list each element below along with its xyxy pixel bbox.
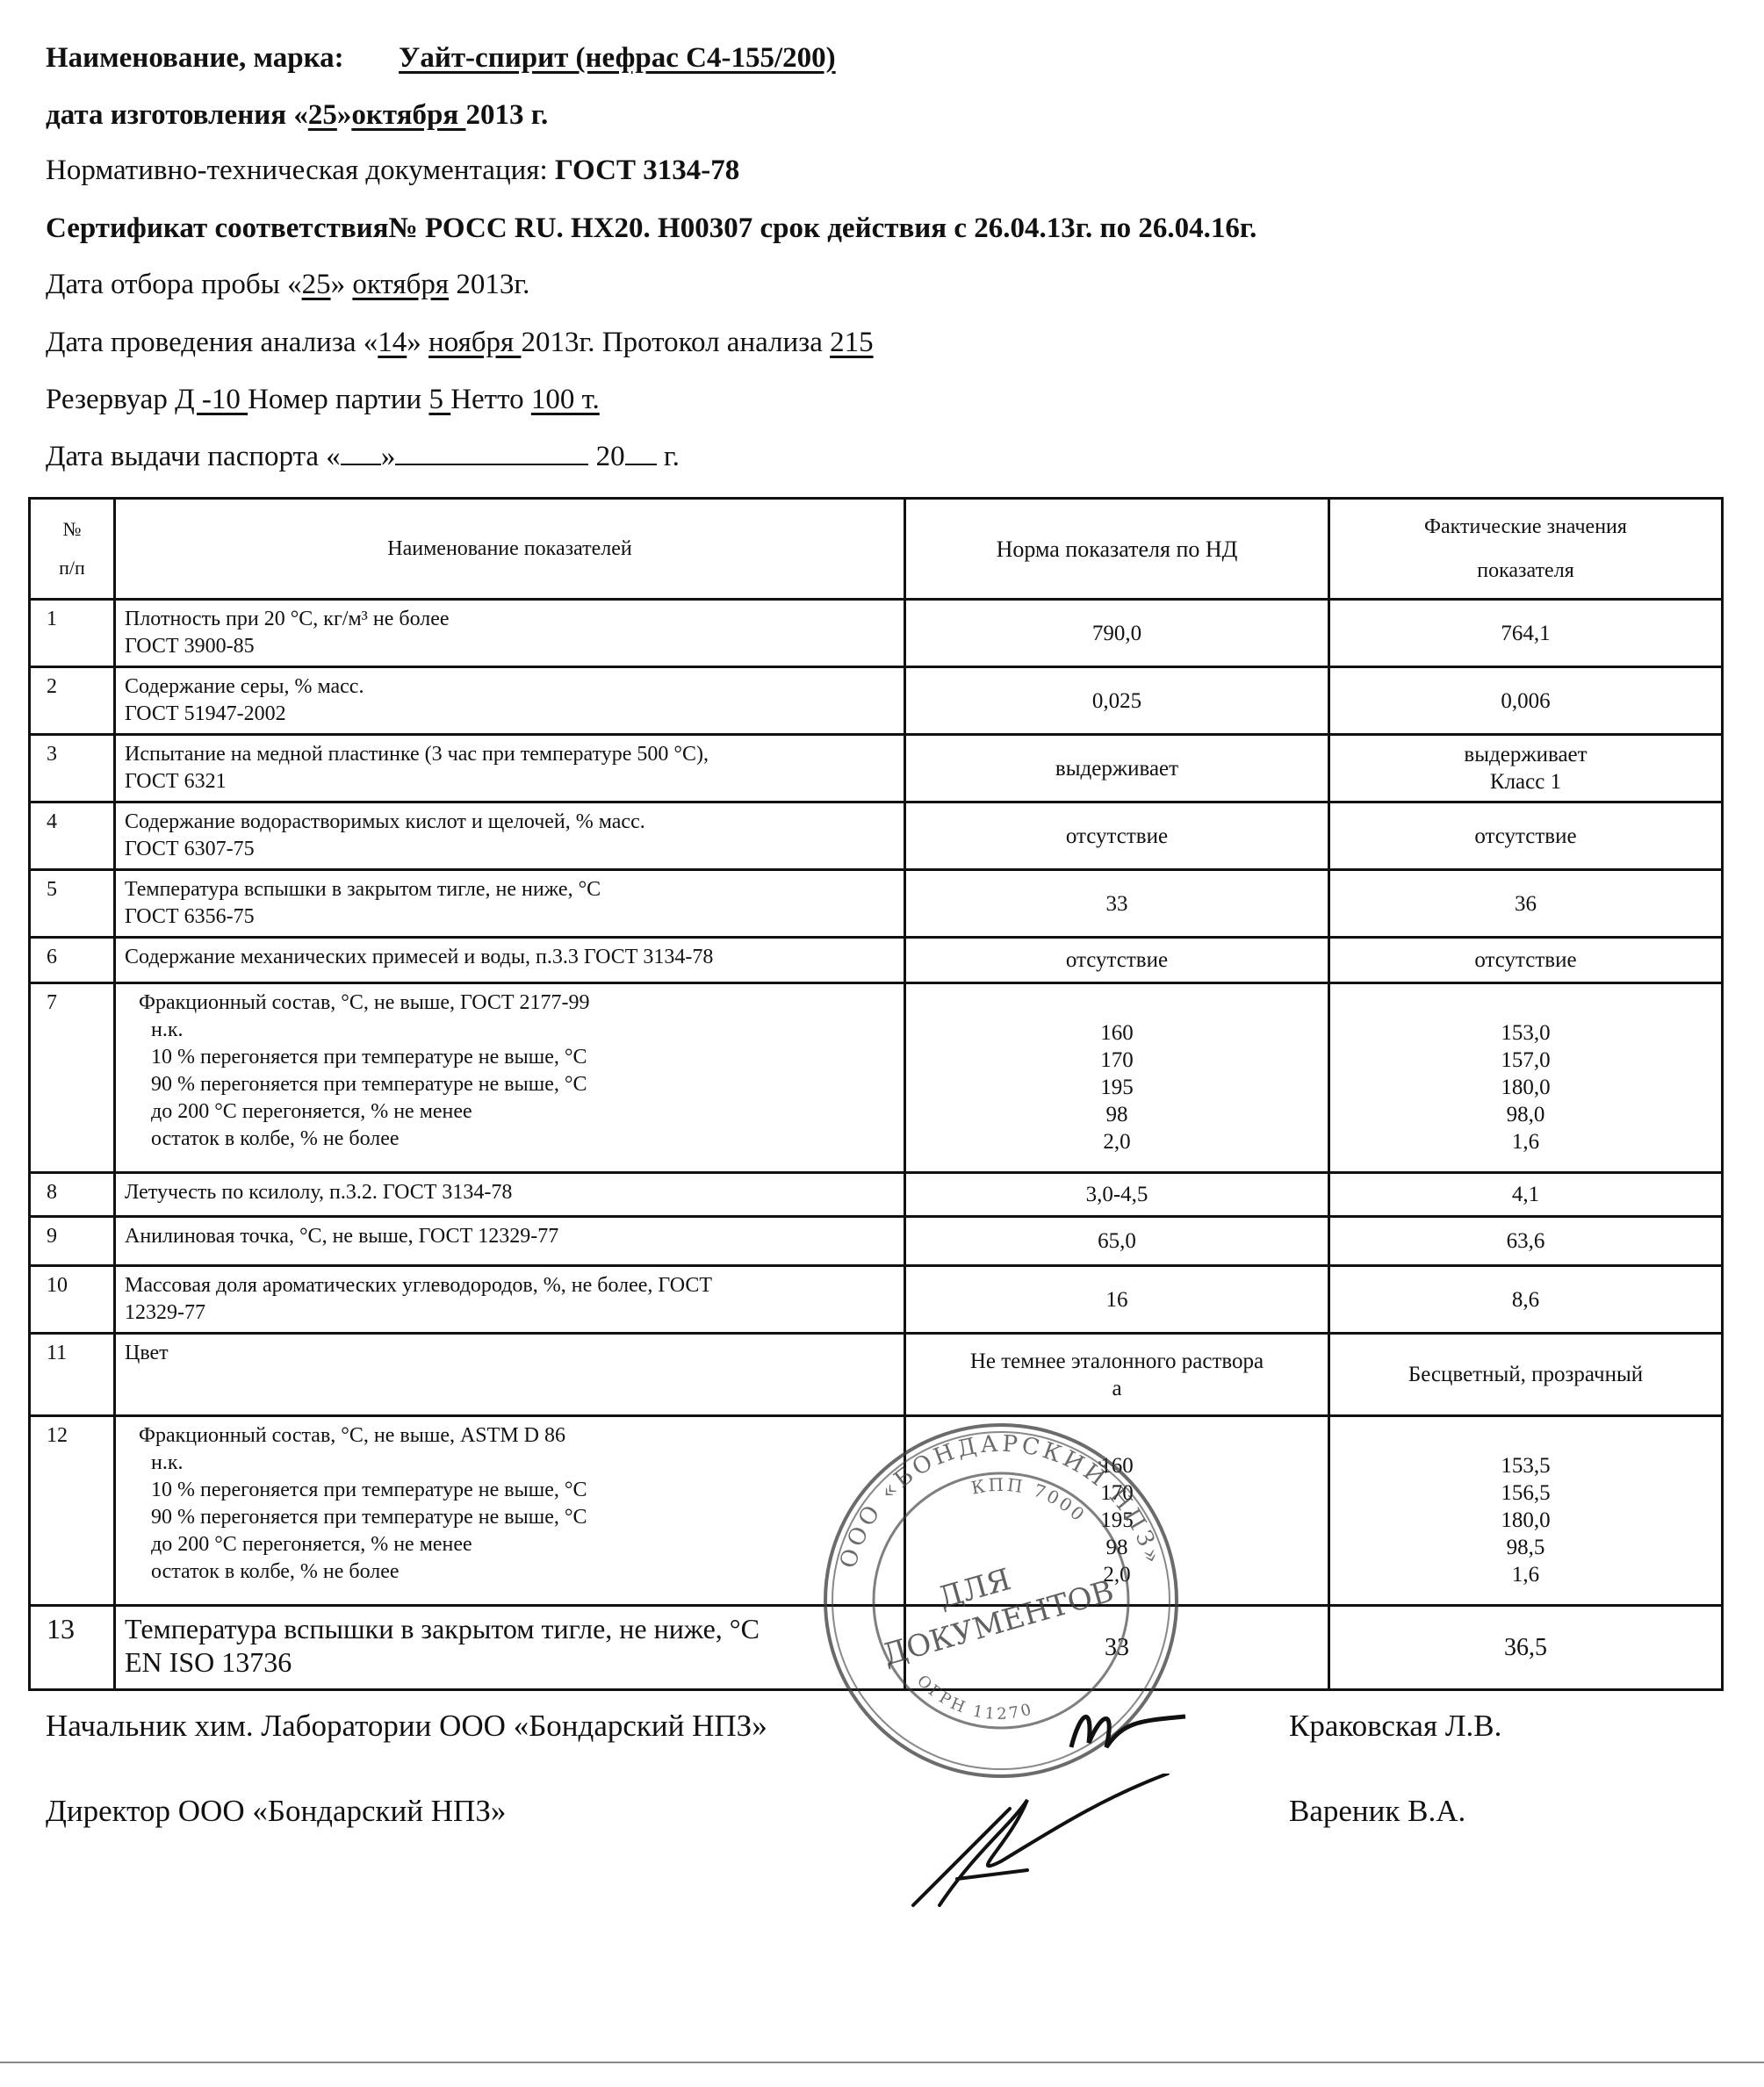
indicator-name-line: остаток в колбе, % не более <box>125 1558 895 1586</box>
actual-value-line: 157,0 <box>1339 1047 1712 1074</box>
actual-value-line: 0,006 <box>1339 687 1712 715</box>
indicator-name-line: Температура вспышки в закрытом тигле, не… <box>125 1612 895 1645</box>
actual-value-line: 153,0 <box>1339 1019 1712 1047</box>
norm-value: 65,0 <box>905 1217 1329 1266</box>
norm-value-line: 33 <box>915 1631 1319 1665</box>
indicator-name: Фракционный состав, °С, не выше, ГОСТ 21… <box>115 983 905 1173</box>
product-line: Наименование, марка: Уайт-спирит (нефрас… <box>46 40 836 76</box>
net-label: Нетто <box>450 384 531 415</box>
indicator-name: Плотность при 20 °С, кг/м³ не болееГОСТ … <box>115 600 905 667</box>
indicator-name-line: ГОСТ 6356-75 <box>125 903 895 931</box>
manufacture-date-line: дата изготовления «25»октября 2013 г. <box>46 97 548 133</box>
actual-value: 36,5 <box>1329 1606 1723 1690</box>
actual-value-line: 36 <box>1339 890 1712 918</box>
sampling-year: 2013г. <box>449 269 529 300</box>
actual-value: отсутствие <box>1329 802 1723 870</box>
norm-value-line: 16 <box>915 1286 1319 1313</box>
table-row: 13Температура вспышки в закрытом тигле, … <box>30 1606 1723 1690</box>
actual-value-line: 36,5 <box>1339 1631 1712 1665</box>
row-number: 11 <box>30 1334 115 1416</box>
col-header-norm: Норма показателя по НД <box>905 499 1329 600</box>
norm-value-line: отсутствие <box>915 823 1319 850</box>
quality-passport-page: Наименование, марка: Уайт-спирит (нефрас… <box>0 0 1764 2087</box>
manufacture-year: 2013 г. <box>465 99 548 131</box>
norm-value-line: выдерживает <box>915 755 1319 782</box>
table-row: 4Содержание водорастворимых кислот и щел… <box>30 802 1723 870</box>
director-name: Вареник В.А. <box>1289 1793 1465 1830</box>
col-header-number-line1: № <box>40 510 104 549</box>
analysis-date-line: Дата проведения анализа «14» ноября 2013… <box>46 325 874 360</box>
indicator-name: Цвет <box>115 1334 905 1416</box>
actual-value: 36 <box>1329 870 1723 938</box>
manufacture-day: 25 <box>308 99 337 131</box>
norm-value-line: 790,0 <box>915 620 1319 647</box>
protocol-number: 215 <box>830 327 874 358</box>
row-number: 9 <box>30 1217 115 1266</box>
indicator-name-line: н.к. <box>125 1450 895 1477</box>
table-row: 9Анилиновая точка, °С, не выше, ГОСТ 123… <box>30 1217 1723 1266</box>
col-header-actual-line2: показателя <box>1339 549 1712 593</box>
norm-value-line: Не темнее эталонного раствора <box>915 1348 1319 1375</box>
actual-value: 0,006 <box>1329 667 1723 735</box>
row-number: 3 <box>30 735 115 802</box>
quote-close: » <box>407 327 428 358</box>
norm-value-line: а <box>915 1375 1319 1402</box>
norm-value: 160170195982,0 <box>905 1416 1329 1606</box>
indicator-name-line: 10 % перегоняется при температуре не выш… <box>125 1044 895 1071</box>
actual-value-line: 1,6 <box>1339 1561 1712 1588</box>
row-number: 8 <box>30 1173 115 1217</box>
row-number: 7 <box>30 983 115 1173</box>
norm-value: 3,0-4,5 <box>905 1173 1329 1217</box>
page-bottom-edge <box>0 2062 1764 2063</box>
col-header-actual-line1: Фактические значения <box>1339 505 1712 549</box>
norm-value: 33 <box>905 1606 1329 1690</box>
specification-table-body: 1Плотность при 20 °С, кг/м³ не болееГОСТ… <box>30 600 1723 1690</box>
indicator-name-line: Плотность при 20 °С, кг/м³ не более <box>125 606 895 633</box>
actual-value-line: 63,6 <box>1339 1227 1712 1255</box>
certificate-line: Сертификат соответствия№ РОСС RU. НХ20. … <box>46 211 1256 246</box>
actual-value-line: отсутствие <box>1339 946 1712 974</box>
indicator-name: Испытание на медной пластинке (3 час при… <box>115 735 905 802</box>
indicator-name-line: ГОСТ 3900-85 <box>125 633 895 660</box>
indicator-name: Содержание водорастворимых кислот и щело… <box>115 802 905 870</box>
norm-value: отсутствие <box>905 802 1329 870</box>
normative-doc-value: ГОСТ 3134-78 <box>555 155 739 186</box>
indicator-name-line: 10 % перегоняется при температуре не выш… <box>125 1477 895 1504</box>
indicator-name-line: ГОСТ 51947-2002 <box>125 701 895 728</box>
norm-value-line: 0,025 <box>915 687 1319 715</box>
norm-value-line: 3,0-4,5 <box>915 1181 1319 1208</box>
sampling-date-line: Дата отбора пробы «25» октября 2013г. <box>46 267 529 302</box>
batch-value: 5 <box>428 384 450 415</box>
norm-value: 16 <box>905 1266 1329 1334</box>
indicator-name-line: 90 % перегоняется при температуре не выш… <box>125 1504 895 1531</box>
row-number: 13 <box>30 1606 115 1690</box>
actual-value-line: 8,6 <box>1339 1286 1712 1313</box>
indicator-name-line: Массовая доля ароматических углеводородо… <box>125 1272 895 1299</box>
actual-value: Бесцветный, прозрачный <box>1329 1334 1723 1416</box>
table-row: 1Плотность при 20 °С, кг/м³ не болееГОСТ… <box>30 600 1723 667</box>
indicator-name-line: 90 % перегоняется при температуре не выш… <box>125 1071 895 1098</box>
issue-date-line: Дата выдачи паспорта «» 20 г. <box>46 439 680 474</box>
product-label: Наименование, марка: <box>46 42 344 74</box>
normative-doc-label: Нормативно-техническая документация: <box>46 155 548 186</box>
batch-label: Номер партии <box>248 384 428 415</box>
quote-close: » <box>331 269 353 300</box>
actual-value-line: выдерживает <box>1339 741 1712 768</box>
norm-value: выдерживает <box>905 735 1329 802</box>
indicator-name-line: Фракционный состав, °С, не выше, ASTM D … <box>125 1422 895 1450</box>
indicator-name-line: EN ISO 13736 <box>125 1645 895 1679</box>
col-header-actual: Фактические значения показателя <box>1329 499 1723 600</box>
indicator-name-line: ГОСТ 6307-75 <box>125 836 895 863</box>
indicator-name: Содержание механических примесей и воды,… <box>115 938 905 983</box>
indicator-name-line: Содержание механических примесей и воды,… <box>125 944 895 971</box>
indicator-name-line: Летучесть по ксилолу, п.3.2. ГОСТ 3134-7… <box>125 1179 895 1206</box>
analysis-year-protocol-label: 2013г. Протокол анализа <box>521 327 830 358</box>
actual-value-line: Бесцветный, прозрачный <box>1339 1361 1712 1388</box>
col-header-number-line2: п/п <box>40 549 104 587</box>
row-number: 2 <box>30 667 115 735</box>
quote-close: » <box>381 441 396 472</box>
norm-value-line: 170 <box>915 1047 1319 1074</box>
actual-value: 153,5156,5180,098,51,6 <box>1329 1416 1723 1606</box>
specification-table: № п/п Наименование показателей Норма пок… <box>28 497 1724 1691</box>
analysis-day: 14 <box>378 327 407 358</box>
indicator-name-line: Испытание на медной пластинке (3 час при… <box>125 741 895 768</box>
actual-value-line: 98,5 <box>1339 1534 1712 1561</box>
tank-value: Д -10 <box>175 384 248 415</box>
row-number: 4 <box>30 802 115 870</box>
norm-value-line: отсутствие <box>915 946 1319 974</box>
issue-day-blank[interactable] <box>341 439 381 465</box>
actual-value-line: 156,5 <box>1339 1479 1712 1507</box>
actual-value-line: Класс 1 <box>1339 768 1712 795</box>
actual-value: выдерживаетКласс 1 <box>1329 735 1723 802</box>
table-row: 10Массовая доля ароматических углеводоро… <box>30 1266 1723 1334</box>
issue-year-blank[interactable] <box>625 439 657 465</box>
indicator-name: Анилиновая точка, °С, не выше, ГОСТ 1232… <box>115 1217 905 1266</box>
actual-value-line: 764,1 <box>1339 620 1712 647</box>
table-row: 8Летучесть по ксилолу, п.3.2. ГОСТ 3134-… <box>30 1173 1723 1217</box>
sampling-date-label: Дата отбора пробы « <box>46 269 302 300</box>
norm-value-line: 160 <box>915 1452 1319 1479</box>
indicator-name: Массовая доля ароматических углеводородо… <box>115 1266 905 1334</box>
indicator-name: Летучесть по ксилолу, п.3.2. ГОСТ 3134-7… <box>115 1173 905 1217</box>
actual-value-line: 180,0 <box>1339 1507 1712 1534</box>
row-number: 6 <box>30 938 115 983</box>
normative-doc-line: Нормативно-техническая документация: ГОС… <box>46 153 739 188</box>
table-row: 12Фракционный состав, °С, не выше, ASTM … <box>30 1416 1723 1606</box>
norm-value: 33 <box>905 870 1329 938</box>
indicator-name-line: остаток в колбе, % не более <box>125 1126 895 1153</box>
actual-value: 8,6 <box>1329 1266 1723 1334</box>
sampling-day: 25 <box>302 269 331 300</box>
norm-value-line: 195 <box>915 1074 1319 1101</box>
norm-value-line: 2,0 <box>915 1128 1319 1155</box>
row-number: 1 <box>30 600 115 667</box>
norm-value-line: 170 <box>915 1479 1319 1507</box>
indicator-name-line: Фракционный состав, °С, не выше, ГОСТ 21… <box>125 990 895 1017</box>
norm-value-line: 65,0 <box>915 1227 1319 1255</box>
issue-date-label: Дата выдачи паспорта « <box>46 441 341 472</box>
norm-value: 0,025 <box>905 667 1329 735</box>
indicator-name-line: до 200 °С перегоняется, % не менее <box>125 1098 895 1126</box>
analysis-month: ноября <box>428 327 521 358</box>
indicator-name-line: Анилиновая точка, °С, не выше, ГОСТ 1232… <box>125 1223 895 1250</box>
row-number: 10 <box>30 1266 115 1334</box>
table-header-row: № п/п Наименование показателей Норма пок… <box>30 499 1723 600</box>
indicator-name-line: до 200 °С перегоняется, % не менее <box>125 1531 895 1558</box>
actual-value: 153,0157,0180,098,01,6 <box>1329 983 1723 1173</box>
col-header-number: № п/п <box>30 499 115 600</box>
lab-head-name: Краковская Л.В. <box>1289 1708 1501 1745</box>
indicator-name-line: Цвет <box>125 1340 895 1367</box>
actual-value-line: отсутствие <box>1339 823 1712 850</box>
manufacture-month: октября <box>351 99 465 131</box>
table-row: 7Фракционный состав, °С, не выше, ГОСТ 2… <box>30 983 1723 1173</box>
manufacture-date-label: дата изготовления « <box>46 99 308 131</box>
issue-year-suffix: г. <box>657 441 680 472</box>
table-row: 2Содержание серы, % масс.ГОСТ 51947-2002… <box>30 667 1723 735</box>
indicator-name: Температура вспышки в закрытом тигле, не… <box>115 870 905 938</box>
batch-line: Резервуар Д -10 Номер партии 5 Нетто 100… <box>46 382 600 417</box>
analysis-date-label: Дата проведения анализа « <box>46 327 378 358</box>
norm-value-line: 195 <box>915 1507 1319 1534</box>
actual-value-line: 153,5 <box>1339 1452 1712 1479</box>
actual-value-line: 1,6 <box>1339 1128 1712 1155</box>
issue-month-blank[interactable] <box>395 439 588 465</box>
table-row: 3Испытание на медной пластинке (3 час пр… <box>30 735 1723 802</box>
table-row: 6Содержание механических примесей и воды… <box>30 938 1723 983</box>
actual-value-line: 180,0 <box>1339 1074 1712 1101</box>
row-number: 12 <box>30 1416 115 1606</box>
product-value: Уайт-спирит (нефрас С4-155/200) <box>399 42 836 74</box>
actual-value-line: 4,1 <box>1339 1181 1712 1208</box>
actual-value: 63,6 <box>1329 1217 1723 1266</box>
norm-value-line: 98 <box>915 1101 1319 1128</box>
quote-close: » <box>337 99 352 131</box>
col-header-name: Наименование показателей <box>115 499 905 600</box>
norm-value-line: 33 <box>915 890 1319 918</box>
norm-value: 160170195982,0 <box>905 983 1329 1173</box>
norm-value: 790,0 <box>905 600 1329 667</box>
sampling-month: октября <box>352 269 449 300</box>
indicator-name-line: Содержание серы, % масс. <box>125 673 895 701</box>
norm-value-line: 2,0 <box>915 1561 1319 1588</box>
indicator-name: Фракционный состав, °С, не выше, ASTM D … <box>115 1416 905 1606</box>
actual-value: отсутствие <box>1329 938 1723 983</box>
row-number: 5 <box>30 870 115 938</box>
actual-value: 4,1 <box>1329 1173 1723 1217</box>
norm-value: отсутствие <box>905 938 1329 983</box>
norm-value-line: 98 <box>915 1534 1319 1561</box>
table-row: 5Температура вспышки в закрытом тигле, н… <box>30 870 1723 938</box>
indicator-name-line: н.к. <box>125 1017 895 1044</box>
indicator-name-line: ГОСТ 6321 <box>125 768 895 795</box>
tank-label: Резервуар <box>46 384 175 415</box>
indicator-name: Температура вспышки в закрытом тигле, не… <box>115 1606 905 1690</box>
actual-value-line: 98,0 <box>1339 1101 1712 1128</box>
indicator-name: Содержание серы, % масс.ГОСТ 51947-2002 <box>115 667 905 735</box>
indicator-name-line: Температура вспышки в закрытом тигле, не… <box>125 876 895 903</box>
lab-head-title: Начальник хим. Лаборатории ООО «Бондарск… <box>46 1708 767 1745</box>
director-signature-icon <box>904 1774 1185 1914</box>
issue-year-prefix: 20 <box>588 441 624 472</box>
director-title: Директор ООО «Бондарский НПЗ» <box>46 1793 506 1830</box>
net-value: 100 т. <box>531 384 600 415</box>
indicator-name-line: 12329-77 <box>125 1299 895 1327</box>
lab-head-signature-icon <box>1054 1695 1194 1765</box>
indicator-name-line: Содержание водорастворимых кислот и щело… <box>125 809 895 836</box>
norm-value: Не темнее эталонного раствораа <box>905 1334 1329 1416</box>
actual-value: 764,1 <box>1329 600 1723 667</box>
norm-value-line: 160 <box>915 1019 1319 1047</box>
table-row: 11ЦветНе темнее эталонного растворааБесц… <box>30 1334 1723 1416</box>
